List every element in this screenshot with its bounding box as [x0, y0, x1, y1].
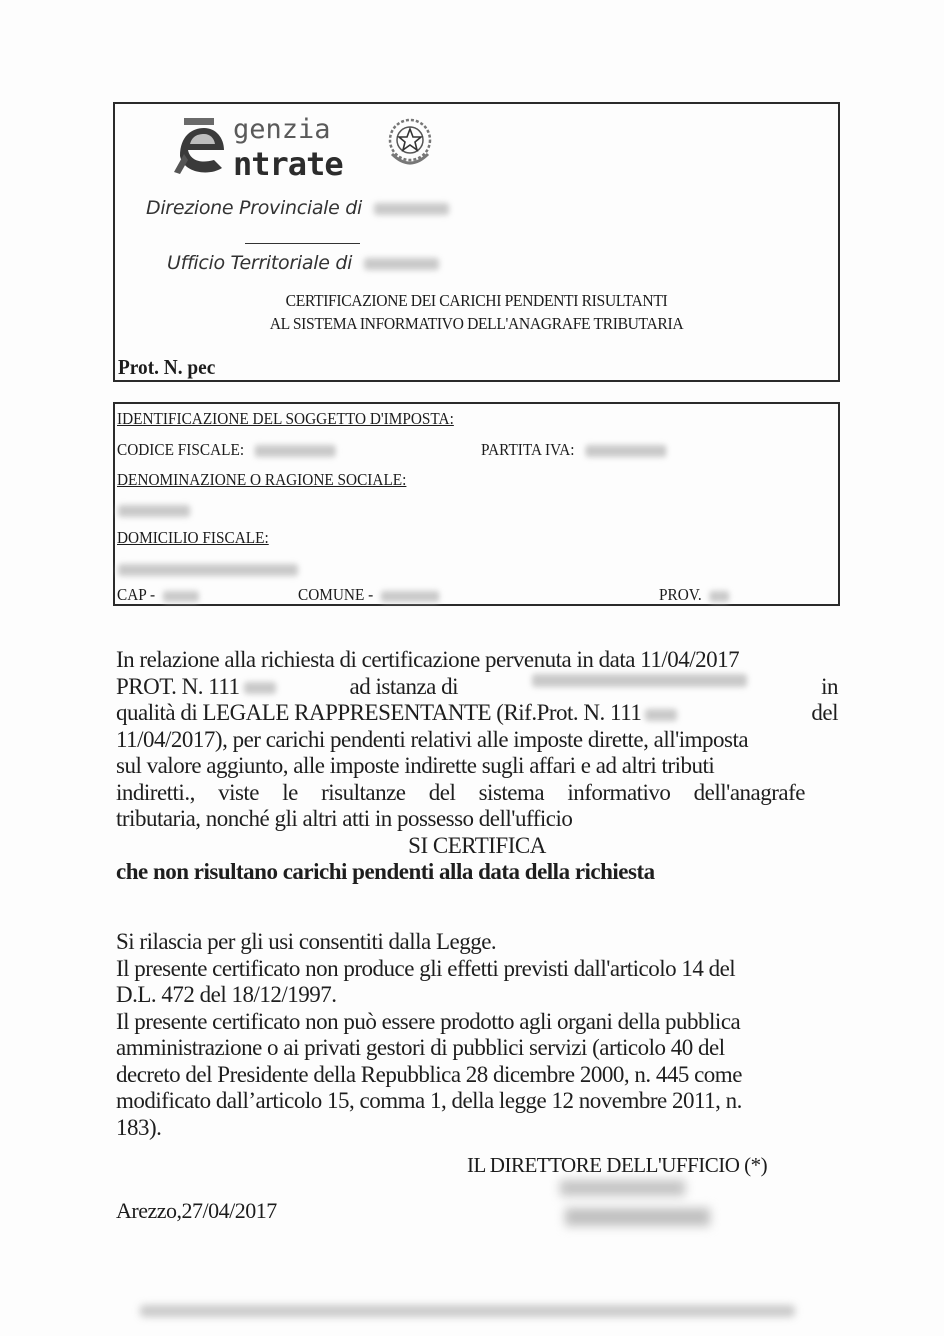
redacted-cap [163, 591, 199, 602]
subject-heading: IDENTIFICAZIONE DEL SOGGETTO D'IMPOSTA: [117, 409, 454, 429]
para1-line7: tributaria, nonché gli altri atti in pos… [116, 806, 838, 833]
certification-statement: che non risultano carichi pendenti alla … [116, 859, 838, 886]
para1-line3: qualità di LEGALE RAPPRESENTANTE (Rif.Pr… [116, 700, 838, 727]
redacted-office [364, 258, 439, 270]
redacted-address [118, 564, 298, 576]
redacted-partita-iva [586, 445, 667, 457]
para1-line1: In relazione alla richiesta di certifica… [116, 647, 838, 674]
partita-iva-row: PARTITA IVA: [481, 440, 667, 460]
para2-line3: D.L. 472 del 18/12/1997. [116, 982, 838, 1009]
redacted-company-name [118, 505, 190, 517]
prov-row: PROV. [659, 585, 729, 605]
redacted-applicant-name [532, 674, 747, 687]
para2-line5: amministrazione o ai privati gestori di … [116, 1035, 838, 1062]
ufficio-territoriale-label: Ufficio Territoriale di [167, 252, 439, 274]
redacted-codice-fiscale [255, 445, 336, 457]
redacted-prot-suffix [244, 682, 276, 694]
redacted-footer-contact [140, 1305, 795, 1317]
redacted-province [374, 203, 449, 215]
redacted-comune [381, 591, 440, 602]
para2-line8: 183). [116, 1115, 838, 1142]
cap-row: CAP - [117, 585, 199, 605]
domicilio-fiscale-label: DOMICILIO FISCALE: [117, 528, 269, 548]
redacted-signature-name [560, 1180, 685, 1196]
redacted-signature [565, 1208, 710, 1226]
redacted-ref-prot-suffix [645, 709, 677, 721]
para1-line2: PROT. N. 111 ad istanza di in [116, 674, 838, 701]
direzione-provinciale-label: Direzione Provinciale di [146, 197, 449, 219]
separator-line [245, 243, 360, 244]
agenzia-entrate-logo-icon [170, 116, 232, 178]
italian-republic-emblem-icon [384, 114, 436, 174]
para2-line4: Il presente certificato non può essere p… [116, 1009, 838, 1036]
protocol-number: Prot. N. pec [118, 355, 215, 380]
para1-line6: indiretti., viste le risultanze del sist… [116, 780, 838, 807]
para1-line5: sul valore aggiunto, alle imposte indire… [116, 753, 838, 780]
place-and-date: Arezzo,27/04/2017 [116, 1198, 277, 1224]
logo-text-genzia: genzia [233, 114, 331, 145]
signature-title: IL DIRETTORE DELL'UFFICIO (*) [467, 1153, 767, 1178]
para1-line4: 11/04/2017), per carichi pendenti relati… [116, 727, 838, 754]
si-certifica-heading: SI CERTIFICA [116, 833, 838, 860]
certificate-title-line2: AL SISTEMA INFORMATIVO DELL'ANAGRAFE TRI… [142, 314, 811, 334]
para2-line1: Si rilascia per gli usi consentiti dalla… [116, 929, 838, 956]
redacted-prov [709, 591, 729, 602]
para2-line2: Il presente certificato non produce gli … [116, 956, 838, 983]
para2-line6: decreto del Presidente della Repubblica … [116, 1062, 838, 1089]
codice-fiscale-row: CODICE FISCALE: [117, 440, 336, 460]
legal-notes-paragraph: Si rilascia per gli usi consentiti dalla… [116, 929, 838, 1141]
para2-line7: modificato dall’articolo 15, comma 1, de… [116, 1088, 838, 1115]
request-paragraph: In relazione alla richiesta di certifica… [116, 647, 838, 886]
comune-row: COMUNE - [298, 585, 439, 605]
denominazione-label: DENOMINAZIONE O RAGIONE SOCIALE: [117, 470, 406, 490]
certificate-title-line1: CERTIFICAZIONE DEI CARICHI PENDENTI RISU… [142, 291, 811, 311]
logo-text-ntrate: ntrate [233, 145, 343, 183]
